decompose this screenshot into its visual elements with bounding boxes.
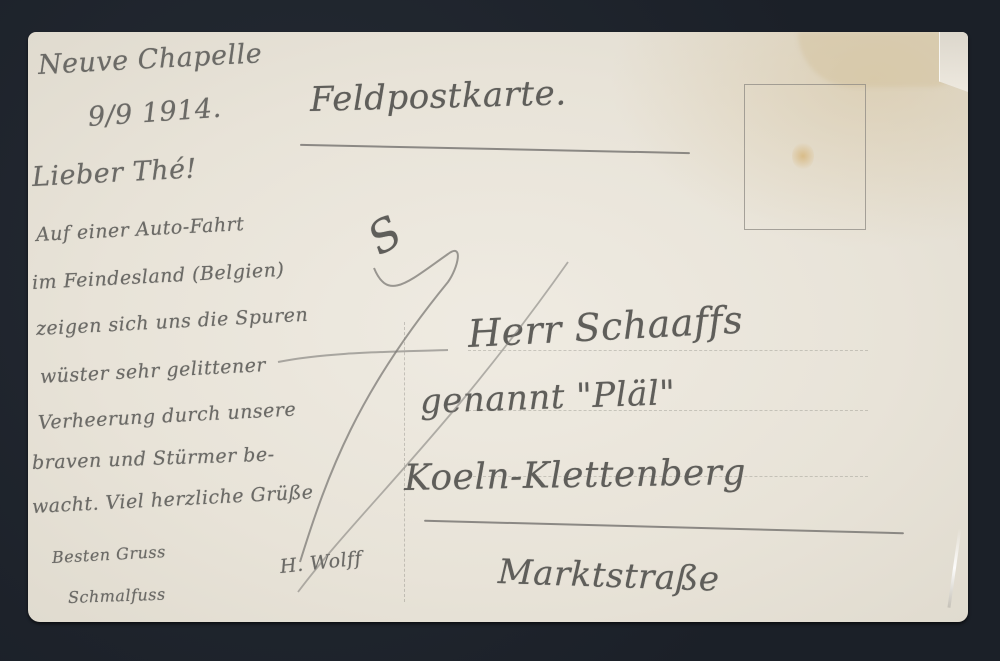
- message-closing-name: Schmalfuss: [68, 585, 166, 607]
- title-underline: [300, 144, 690, 154]
- message-line: Verheerung durch unsere: [37, 398, 296, 433]
- message-line: wüster sehr gelittener: [39, 354, 266, 388]
- address-city: Koeln-Klettenberg: [404, 452, 747, 499]
- message-line: zeigen sich uns die Spuren: [35, 304, 308, 340]
- message-signature: H. Wolff: [279, 547, 363, 577]
- message-line: wacht. Viel herzliche Grüße: [31, 481, 314, 518]
- message-salutation: Lieber Thé!: [31, 153, 197, 193]
- address-underline: [424, 520, 904, 535]
- edge-crease: [947, 528, 961, 608]
- message-line: im Feindesland (Belgien): [31, 259, 284, 294]
- corner-fold: [939, 32, 968, 92]
- address-prefix: S: [359, 206, 411, 265]
- stain-spot: [792, 142, 814, 170]
- message-date: 9/9 1914.: [87, 93, 223, 133]
- card-title: Feldpostkarte.: [309, 73, 567, 120]
- message-place: Neuve Chapelle: [37, 38, 263, 81]
- address-line2: genannt "Pläl": [419, 373, 676, 422]
- address-street: Marktstraße: [497, 552, 720, 600]
- message-closing: Besten Gruss: [52, 542, 167, 567]
- message-line: braven und Stürmer be-: [32, 444, 275, 474]
- address-recipient: Herr Schaaffs: [467, 298, 744, 356]
- message-line: Auf einer Auto-Fahrt: [35, 213, 244, 246]
- postcard: Feldpostkarte. Neuve Chapelle 9/9 1914. …: [28, 32, 968, 622]
